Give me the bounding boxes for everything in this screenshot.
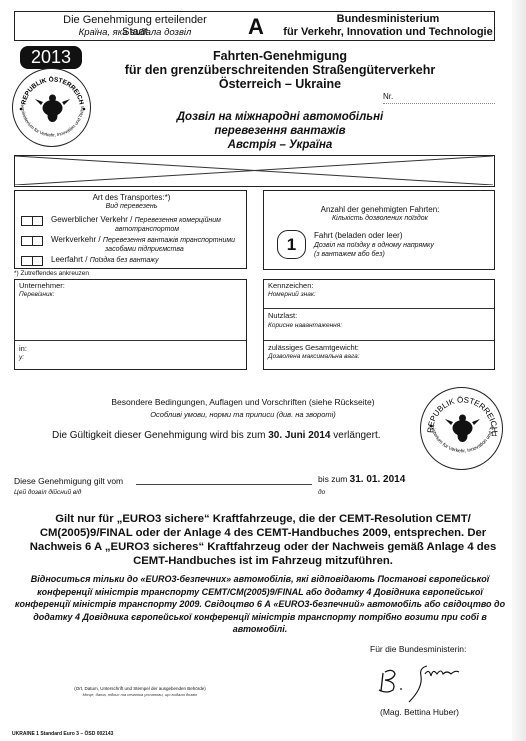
ministry-line1: Bundesministerium: [283, 13, 493, 25]
payload-label: Nutzlast:: [268, 311, 297, 320]
option-commercial: Gewerblicher Verkehr / Перевезення комер…: [51, 215, 221, 224]
title-line1: Fahrten-Genehmigung: [90, 49, 470, 63]
issuing-state-label-ua: Країна, яка видала дозвіл: [55, 27, 215, 38]
place-date-label: (Ort, Datum, Unterschrift und Stempel de…: [40, 686, 240, 691]
title-ua-line3: Австрія – Україна: [120, 138, 440, 152]
title-ua-line2: перевезення вантажів: [120, 124, 440, 138]
issuer-header: Die Genehmigung erteilender Staat Країна…: [14, 11, 495, 41]
trips-title: Anzahl der genehmigten Fahrten:: [264, 205, 496, 214]
trip-desc-ua1: Дозвіл на поїздку в одному напрямку: [314, 242, 434, 249]
carrier-label: Unternehmer:: [19, 281, 65, 290]
valid-to-date: 31. 01. 2014: [350, 474, 406, 485]
checkbox-commercial[interactable]: [21, 216, 43, 226]
cross-lines: [15, 156, 493, 185]
checkbox-own-account[interactable]: [21, 236, 43, 246]
ministry-line2: für Verkehr, Innovation und Technologie: [283, 26, 493, 38]
cemt-notice: Gilt nur für „EURO3 sichere“ Kraftfahrze…: [20, 512, 506, 568]
signature-icon: [375, 660, 465, 710]
form-footer: UKRAINE 1 Standard Euro 3 – ÖSD 002143: [12, 731, 113, 737]
weight-label: zulässiges Gesamtgewicht:: [268, 343, 359, 352]
transport-type-box: Art des Transportes:*) Вид перевезень Ge…: [14, 190, 247, 269]
ministry-stamp-icon: REPUBLIK ÖSTERREICH Bundesministerium fü…: [420, 387, 503, 470]
stamp-number: 11: [491, 432, 498, 438]
trips-box: Anzahl der genehmigten Fahrten: Кількіст…: [263, 190, 495, 270]
checkbox-empty-run[interactable]: [21, 256, 43, 266]
title-line3: Österreich – Ukraine: [90, 77, 470, 91]
carrier-location-label-ua[interactable]: у:: [19, 354, 24, 361]
carrier-label-ua[interactable]: Перевізник:: [19, 291, 54, 298]
signer-name: (Mag. Bettina Huber): [380, 707, 459, 717]
trip-count: 1: [277, 230, 306, 259]
plate-label-ua[interactable]: Номерний знак:: [268, 291, 316, 298]
document-title-ua: Дозвіл на міжнародні автомобільні переве…: [120, 110, 440, 152]
vehicle-divider-2: [264, 340, 494, 341]
option-empty-run: Leerfahrt / Поїздка без вантажу: [51, 255, 159, 264]
valid-from-label: Diese Genehmigung gilt vom: [14, 476, 123, 486]
plate-label: Kennzeichen:: [268, 281, 313, 290]
trips-title-ua: Кількість дозволених поїздок: [264, 215, 496, 222]
trip-desc: Fahrt (beladen oder leer): [314, 231, 403, 240]
payload-label-ua[interactable]: Корисне навантаження:: [268, 322, 342, 329]
page-edge: [512, 0, 526, 741]
trip-desc-ua2: (з вантажем або без): [314, 251, 385, 258]
country-code: A: [248, 14, 264, 40]
number-field[interactable]: [383, 103, 495, 104]
title-ua-line1: Дозвіл на міжнародні автомобільні: [120, 110, 440, 124]
place-date-label-ua: Місце, дата, підпис та печатка установи,…: [40, 692, 240, 697]
cemt-notice-ua: Відноситься тільки до «EURO3-безпечних» …: [14, 573, 506, 636]
option-commercial-ua2: автотранспортом: [115, 226, 179, 233]
valid-to: bis zum 31. 01. 2014: [318, 474, 405, 485]
vehicle-box: Kennzeichen: Номерний знак: Nutzlast: Ко…: [263, 279, 495, 370]
carrier-location-label: in:: [19, 344, 27, 353]
option-own-account: Werkverkehr / Перевезення вантажів транс…: [51, 235, 235, 244]
option-own-account-ua2: засобами підприємства: [105, 246, 184, 253]
carrier-box: Unternehmer: Перевізник: in: у:: [14, 279, 247, 370]
crossed-out-field: [14, 155, 495, 187]
valid-to-label-ua: до: [318, 489, 325, 496]
transport-type-title: Art des Transportes:*): [15, 193, 248, 202]
vehicle-divider-1: [264, 308, 494, 309]
carrier-divider: [15, 340, 246, 341]
transport-type-title-ua: Вид перевезень: [15, 203, 248, 210]
valid-from-label-ua: Цей дозвіл дійсний від: [14, 489, 81, 496]
extension-date: 30. Juni 2014: [268, 430, 330, 441]
extension-notice: Die Gültigkeit dieser Genehmigung wird b…: [52, 430, 381, 441]
footnote: *) Zutreffendes ankreuzen: [14, 270, 89, 277]
year-badge: 2013: [20, 46, 82, 69]
document-title: Fahrten-Genehmigung für den grenzübersch…: [90, 49, 470, 91]
weight-label-ua[interactable]: Дозволена максимальна вага:: [268, 353, 360, 360]
signature-for-label: Für die Bundesministerin:: [370, 644, 466, 654]
austria-seal-icon: REPUBLIK ÖSTERREICH Bundesministerium fü…: [12, 68, 91, 147]
title-line2: für den grenzüberschreitenden Straßengüt…: [90, 63, 470, 77]
valid-from-field[interactable]: [136, 484, 312, 485]
number-label: Nr.: [383, 92, 393, 101]
